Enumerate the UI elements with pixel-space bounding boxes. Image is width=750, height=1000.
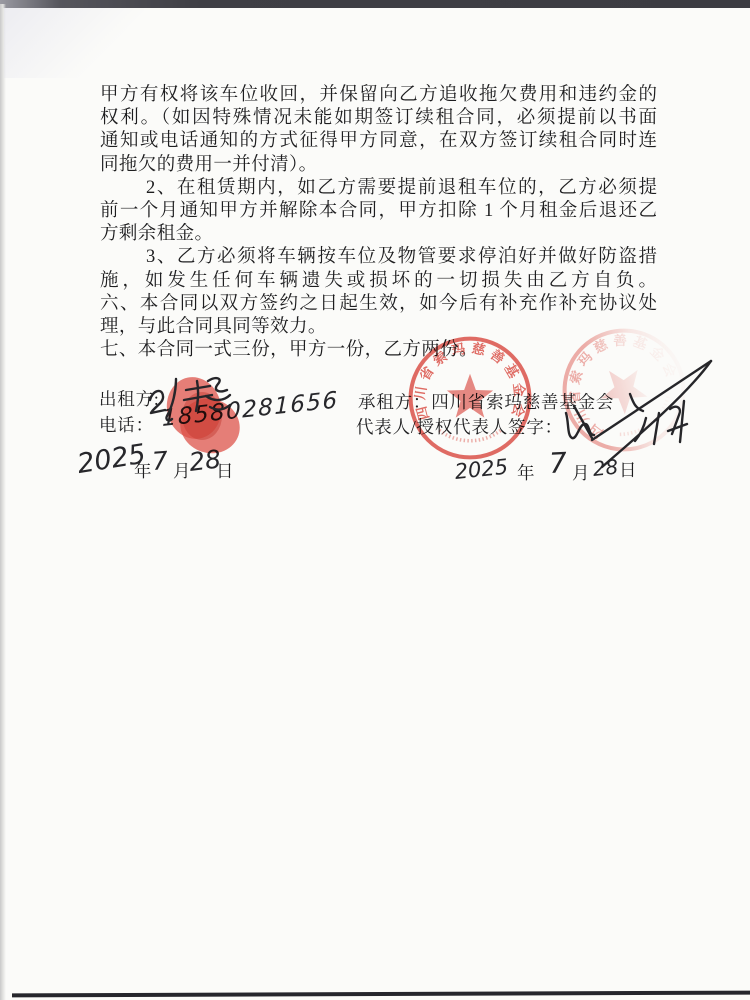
body-line: 施，如发生任何车辆遗失或损坏的一切损失由乙方自负。 xyxy=(100,270,657,293)
contract-body-text: 甲方有权将该车位收回，并保留向乙方追收拖欠费用和违约金的 权利。（如因特殊情况未… xyxy=(100,84,657,362)
body-line: 前一个月通知甲方并解除本合同，甲方扣除 1 个月租金后退还乙 xyxy=(100,200,657,223)
handwritten-signature-representative xyxy=(566,361,711,467)
body-line: 3、乙方必须将车辆按车位及物管要求停泊好并做好防盗措 xyxy=(100,246,657,269)
scan-edge-bottom xyxy=(12,991,750,997)
handwritten-signature-lessor xyxy=(150,378,230,420)
body-line: 权利。（如因特殊情况未能如期签订续租合同，必须提前以书面 xyxy=(100,107,657,130)
handwritten-signatures xyxy=(0,340,750,520)
body-line: 甲方有权将该车位收回，并保留向乙方追收拖欠费用和违约金的 xyxy=(100,84,657,107)
body-line: 方剩余租金。 xyxy=(100,223,657,246)
body-line: 理，与此合同具同等效力。 xyxy=(100,316,657,339)
body-line: 通知或电话通知的方式征得甲方同意，在双方签订续租合同时连 xyxy=(100,130,657,153)
body-line: 2、在租赁期内，如乙方需要提前退租车位的，乙方必须提 xyxy=(100,177,657,200)
scan-edge-top xyxy=(0,0,750,8)
scanned-contract-page: 甲方有权将该车位收回，并保留向乙方追收拖欠费用和违约金的 权利。（如因特殊情况未… xyxy=(0,0,750,1000)
body-line: 六、本合同以双方签约之日起生效，如今后有补充作补充协议处 xyxy=(100,293,657,316)
scan-corner-shadow xyxy=(4,8,144,78)
body-line: 同拖欠的费用一并付清）。 xyxy=(100,154,657,177)
